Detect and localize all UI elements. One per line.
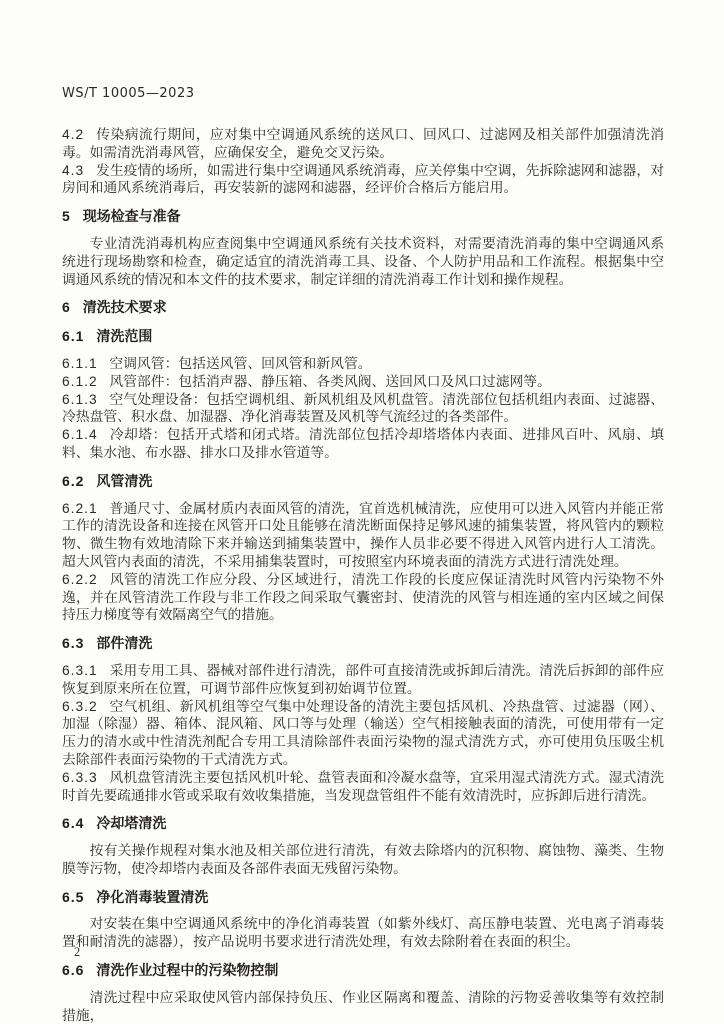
- clause-text: 清洗过程中应采取使风管内部保持负压、作业区隔离和覆盖、清除的污物妥善收集等有效控…: [62, 990, 664, 1023]
- clause-text: 对安装在集中空调通风系统中的净化消毒装置（如紫外线灯、高压静电装置、光电离子消毒…: [62, 916, 664, 949]
- subsection-heading: 6.1清洗范围: [62, 328, 664, 346]
- paragraph: 对安装在集中空调通风系统中的净化消毒装置（如紫外线灯、高压静电装置、光电离子消毒…: [62, 915, 664, 951]
- clause-text: 清洗技术要求: [83, 299, 167, 315]
- clause: 6.3.3风机盘管清洗主要包括风机叶轮、盘管表面和冷凝水盘等，宜采用湿式清洗方式…: [62, 769, 664, 805]
- clause-text: 风机盘管清洗主要包括风机叶轮、盘管表面和冷凝水盘等，宜采用湿式清洗方式。湿式清洗…: [62, 770, 664, 803]
- clause-text: 现场检查与准备: [83, 208, 181, 224]
- document-content: 4.2传染病流行期间，应对集中空调通风系统的送风口、回风口、过滤网及相关部件加强…: [62, 126, 664, 1024]
- clause-number: 6.1.1: [62, 356, 98, 371]
- clause-text: 采用专用工具、器械对部件进行清洗，部件可直接清洗或拆卸后清洗。清洗后拆卸的部件应…: [62, 663, 664, 696]
- clause-text: 空气机组、新风机组等空气集中处理设备的清洗主要包括风机、冷热盘管、过滤器（网）、…: [62, 699, 664, 767]
- clause-number: 6.1.2: [62, 374, 98, 389]
- clause-text: 风管清洗: [96, 473, 152, 489]
- clause: 4.3发生疫情的场所，如需进行集中空调通风系统消毒，应关停集中空调，先拆除滤网和…: [62, 162, 664, 198]
- section-heading: 6清洗技术要求: [62, 299, 664, 317]
- clause-text: 冷却塔：包括开式塔和闭式塔。清洗部位包括冷却塔塔体内表面、进排风百叶、风扇、填料…: [62, 427, 664, 460]
- clause: 4.2传染病流行期间，应对集中空调通风系统的送风口、回风口、过滤网及相关部件加强…: [62, 126, 664, 162]
- paragraph: 专业清洗消毒机构应查阅集中空调通风系统有关技术资料，对需要清洗消毒的集中空调通风…: [62, 235, 664, 288]
- standard-number: WS/T 10005—2023: [62, 86, 664, 101]
- clause-text: 部件清洗: [96, 635, 152, 651]
- clause-number: 6.3.3: [62, 770, 98, 785]
- clause-number: 6.6: [62, 962, 84, 978]
- clause-text: 冷却塔清洗: [96, 815, 166, 831]
- subsection-heading: 6.3部件清洗: [62, 635, 664, 653]
- subsection-heading: 6.6清洗作业过程中的污染物控制: [62, 962, 664, 980]
- clause-number: 6.3: [62, 635, 84, 651]
- clause-number: 6.2.1: [62, 501, 98, 516]
- clause-number: 6: [62, 299, 71, 315]
- page-number: 2: [74, 945, 80, 960]
- clause-number: 4.3: [62, 163, 84, 178]
- clause-text: 空气处理设备：包括空调机组、新风机组及风机盘管。清洗部位包括机组内表面、过滤器、…: [62, 392, 664, 425]
- clause: 6.1.2风管部件：包括消声器、静压箱、各类风阀、送回风口及风口过滤网等。: [62, 373, 664, 391]
- section-heading: 5现场检查与准备: [62, 208, 664, 226]
- clause-text: 传染病流行期间，应对集中空调通风系统的送风口、回风口、过滤网及相关部件加强清洗消…: [62, 127, 664, 160]
- clause: 6.1.3空气处理设备：包括空调机组、新风机组及风机盘管。清洗部位包括机组内表面…: [62, 391, 664, 427]
- clause: 6.1.4冷却塔：包括开式塔和闭式塔。清洗部位包括冷却塔塔体内表面、进排风百叶、…: [62, 426, 664, 462]
- clause: 6.2.2风管的清洗工作应分段、分区域进行，清洗工作段的长度应保证清洗时风管内污…: [62, 571, 664, 624]
- clause-number: 6.2: [62, 473, 84, 489]
- clause: 6.1.1空调风管：包括送风管、回风管和新风管。: [62, 355, 664, 373]
- clause-number: 6.3.2: [62, 699, 98, 714]
- clause-number: 6.3.1: [62, 663, 98, 678]
- clause-number: 5: [62, 208, 71, 224]
- subsection-heading: 6.2风管清洗: [62, 473, 664, 491]
- clause: 6.2.1普通尺寸、金属材质内表面风管的清洗，宜首选机械清洗，应使用可以进入风管…: [62, 500, 664, 571]
- clause-text: 净化消毒装置清洗: [96, 889, 208, 905]
- clause-text: 清洗作业过程中的污染物控制: [96, 962, 278, 978]
- clause: 6.3.2空气机组、新风机组等空气集中处理设备的清洗主要包括风机、冷热盘管、过滤…: [62, 698, 664, 769]
- clause-number: 6.4: [62, 815, 84, 831]
- clause-text: 空调风管：包括送风管、回风管和新风管。: [109, 356, 371, 371]
- clause-number: 6.1: [62, 328, 84, 344]
- clause-text: 发生疫情的场所，如需进行集中空调通风系统消毒，应关停集中空调，先拆除滤网和滤器，…: [62, 163, 664, 196]
- clause-text: 清洗范围: [96, 328, 152, 344]
- clause-text: 风管的清洗工作应分段、分区域进行，清洗工作段的长度应保证清洗时风管内污染物不外逸…: [62, 572, 664, 623]
- clause: 6.3.1采用专用工具、器械对部件进行清洗，部件可直接清洗或拆卸后清洗。清洗后拆…: [62, 662, 664, 698]
- paragraph: 清洗过程中应采取使风管内部保持负压、作业区隔离和覆盖、清除的污物妥善收集等有效控…: [62, 989, 664, 1024]
- document-page: WS/T 10005—2023 4.2传染病流行期间，应对集中空调通风系统的送风…: [0, 0, 724, 1024]
- clause-text: 风管部件：包括消声器、静压箱、各类风阀、送回风口及风口过滤网等。: [109, 374, 551, 389]
- clause-text: 专业清洗消毒机构应查阅集中空调通风系统有关技术资料，对需要清洗消毒的集中空调通风…: [62, 236, 664, 287]
- clause-number: 6.5: [62, 889, 84, 905]
- subsection-heading: 6.5净化消毒装置清洗: [62, 889, 664, 907]
- clause-number: 4.2: [62, 127, 84, 142]
- clause-text: 按有关操作规程对集水池及相关部位进行清洗，有效去除塔内的沉积物、腐蚀物、藻类、生…: [62, 843, 664, 876]
- clause-number: 6.2.2: [62, 572, 98, 587]
- subsection-heading: 6.4冷却塔清洗: [62, 815, 664, 833]
- clause-number: 6.1.3: [62, 392, 98, 407]
- clause-number: 6.1.4: [62, 427, 98, 442]
- clause-text: 普通尺寸、金属材质内表面风管的清洗，宜首选机械清洗，应使用可以进入风管内并能正常…: [62, 501, 664, 569]
- paragraph: 按有关操作规程对集水池及相关部位进行清洗，有效去除塔内的沉积物、腐蚀物、藻类、生…: [62, 842, 664, 878]
